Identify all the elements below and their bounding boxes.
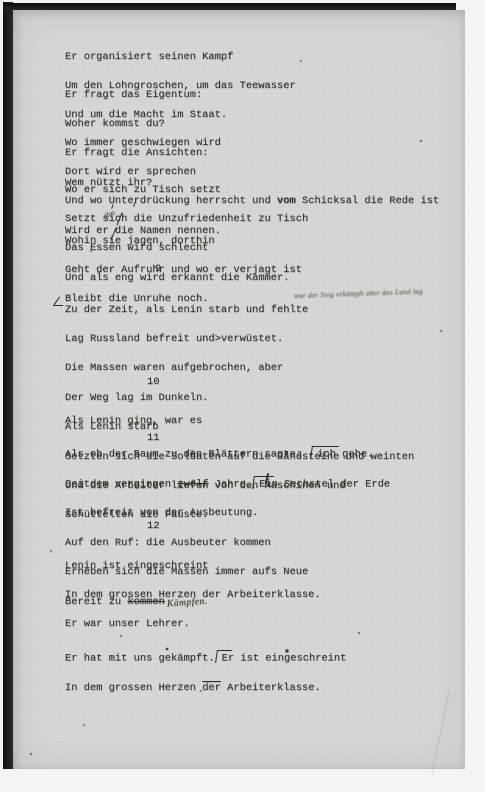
stanza-number-10: 10 bbox=[147, 378, 159, 388]
handwritten-margin-angle-mark bbox=[54, 297, 63, 306]
line-segment: jagen, dorthin bbox=[127, 235, 214, 247]
line-segment: Jahre. bbox=[208, 478, 252, 490]
line-segment: In dem grossen Herzen bbox=[65, 682, 202, 694]
line-segment: Schicksal die Rede ist bbox=[296, 195, 439, 207]
line-segment: Geht der bbox=[65, 264, 121, 276]
line-segment: Er hat mit uns gekämpft. bbox=[65, 652, 215, 664]
stanza-12: Lenin ist eingeschreint In dem grossen H… bbox=[65, 542, 346, 713]
poem-line: Ist befreit von der Ausbeutung. bbox=[65, 509, 390, 519]
paper-sheet: Er organisiert seinen Kampf Um den Lohng… bbox=[13, 10, 465, 769]
poem-line: Zu der Zeit, als Lenin starb und fehlte bbox=[65, 306, 414, 316]
poem-line: Lenin ist eingeschreint bbox=[65, 562, 346, 572]
stanza-number-12: 12 bbox=[147, 522, 159, 532]
poem-line: Er war unser Lehrer. bbox=[65, 620, 346, 630]
paper-crease bbox=[431, 691, 450, 774]
stanza-number-9: 9 bbox=[155, 265, 161, 275]
handwritten-bracket-mark bbox=[252, 476, 274, 489]
line-segment: Ein Sechstel der Erde bbox=[259, 478, 390, 490]
line-segment: Aufruhr und wo er verjagt ist bbox=[121, 264, 302, 276]
scan-border-left bbox=[3, 2, 13, 769]
line-segment: Er ist eingeschreint bbox=[222, 652, 347, 664]
poem-line: Seitdem vergingen zwölf Jahre.Ein Sechst… bbox=[65, 476, 390, 490]
poem-line: In dem grossen Herzen der Arbeiterklasse… bbox=[65, 591, 346, 601]
line-segment: Arbeiterklasse. bbox=[221, 682, 321, 694]
overlined-word: der bbox=[202, 682, 221, 694]
poem-line: Er organisiert seinen Kampf bbox=[65, 53, 296, 63]
line-segment: Wohin sie bbox=[65, 235, 127, 247]
poem-line: Er hat mit uns gekämpft.Er ist eingeschr… bbox=[65, 650, 346, 664]
handwritten-bracket-mark bbox=[215, 650, 232, 663]
poem-line: In dem grossen Herzen der Arbeiterklasse… bbox=[65, 684, 346, 694]
poem-line: Wo er sich zu Tisch setzt bbox=[65, 186, 308, 196]
poem-line: Wo immer geschwiegen wird bbox=[65, 139, 439, 149]
poem-line: Lag Russland befreit und>verwüstet. bbox=[65, 335, 414, 345]
struck-word: zwölf bbox=[177, 478, 208, 490]
poem-line: Geht der Aufruhr und wo er verjagt ist bbox=[65, 266, 302, 276]
scan-border-top bbox=[3, 3, 456, 10]
line-segment: Seitdem vergingen bbox=[65, 478, 177, 490]
handwritten-number-13: 13 bbox=[185, 448, 194, 458]
stanza-number-11: 11 bbox=[147, 434, 159, 444]
poem-line: Wohin sie jagen, dorthin bbox=[65, 237, 302, 247]
poem-line: Als Lenin ging, war es bbox=[65, 417, 373, 427]
poem-line: Die Massen waren aufgebrochen, aber bbox=[65, 364, 414, 374]
poem-line: Er fragt das Eigentum: bbox=[65, 91, 208, 101]
paper-specks bbox=[13, 10, 15, 12]
